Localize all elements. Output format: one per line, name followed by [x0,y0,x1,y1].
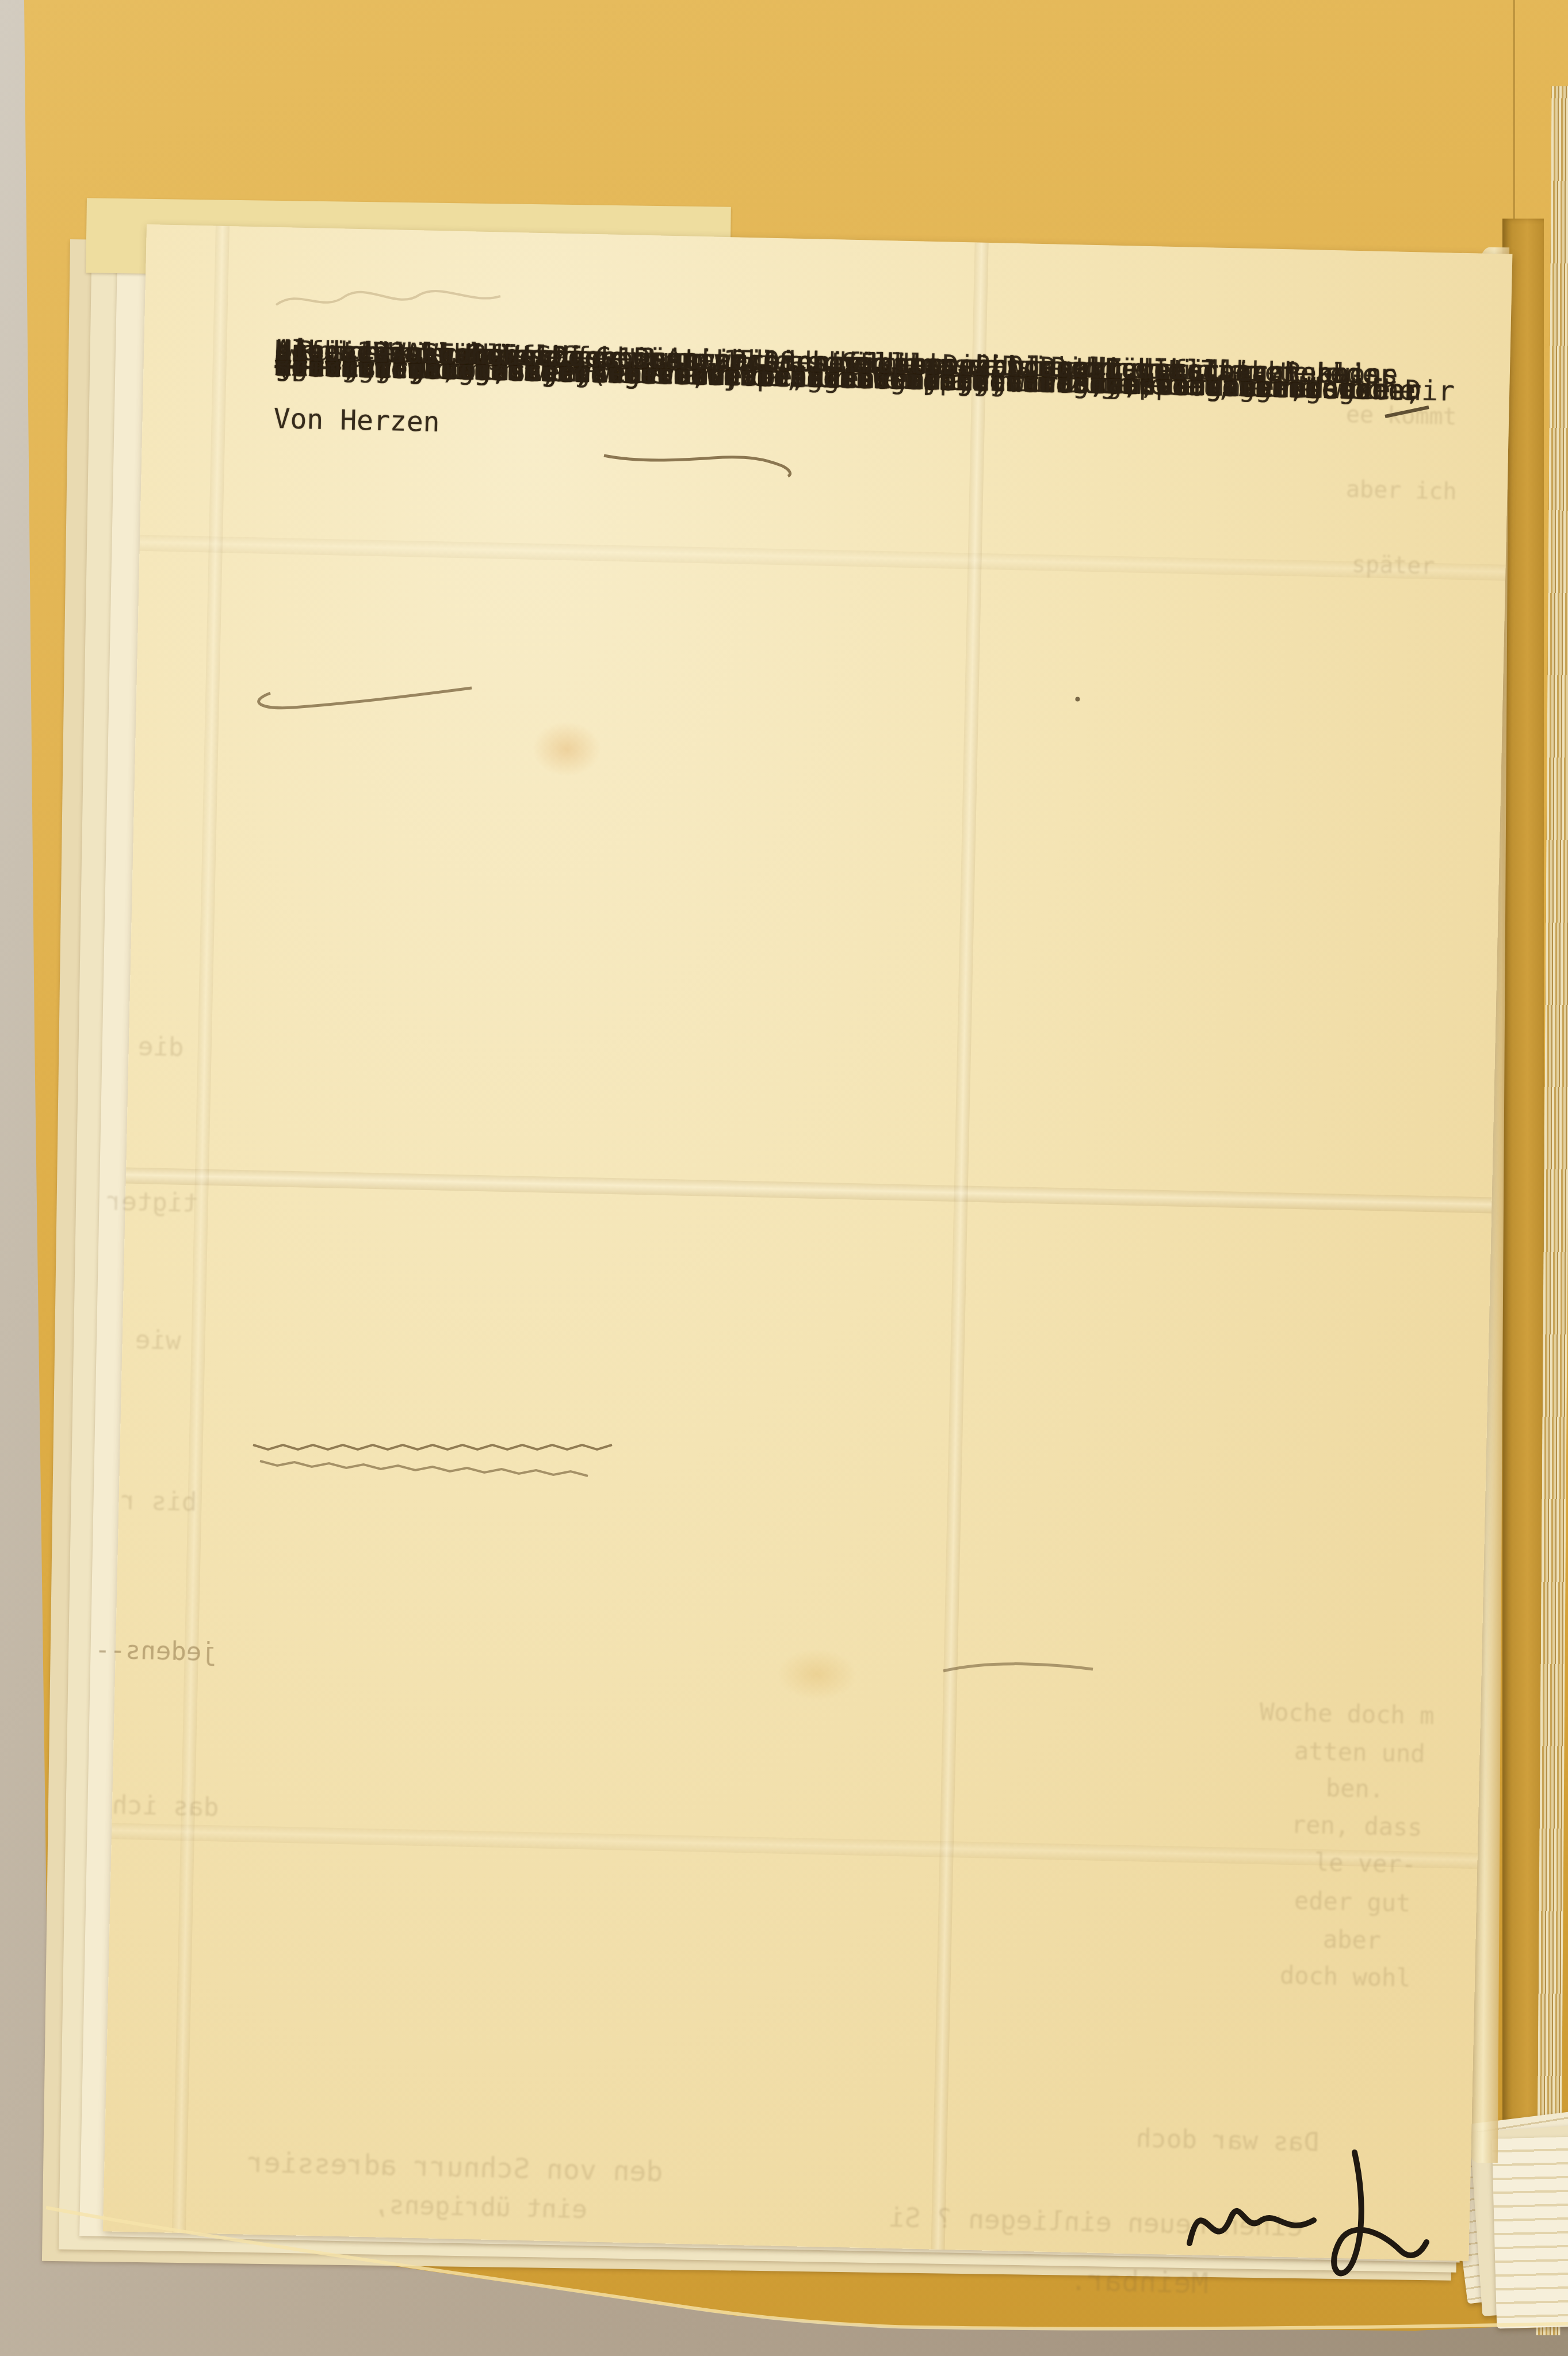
ghost-text-fragment: die [137,1032,184,1062]
ghost-text-fragment: bis r [120,1486,197,1517]
ghost-text-fragment: Das war doch [1135,2124,1319,2157]
ghost-text-fragment: später [1351,551,1435,579]
ghost-text-fragment: den von Schnurr adressier [247,2147,663,2188]
ghost-text-fragment: ren, dass [1291,1810,1422,1841]
ghost-text-fragment: wie [135,1325,181,1356]
ghost-text-fragment: das ich [112,1791,219,1822]
ghost-text-fragment: einen neuen einliegen ? Si [888,2202,1303,2242]
ghost-text-fragment: atten und [1294,1737,1425,1768]
ghost-text-fragment: aber ich [1346,476,1458,505]
ghost-text-fragment: eint übrigens, [373,2190,587,2224]
ghost-text-fragment: jedens-- [94,1635,217,1667]
ghost-text-fragment: le ver- [1314,1848,1416,1879]
bleed-through-text: den von Schnurr adressiereint übrigens,e… [0,0,1568,2356]
ghost-text-fragment: Meinbar. [1069,2263,1208,2300]
ghost-text-fragment: ee kommt [1346,401,1458,430]
photo-of-letter: Vorhin war Waismann da, und er hat mir z… [0,0,1568,2356]
ghost-text-fragment: doch wohl [1279,1961,1411,1992]
ghost-text-fragment: aber [1322,1925,1381,1955]
ghost-text-fragment: tigter [106,1187,198,1218]
ghost-text-fragment: ben. [1325,1774,1384,1803]
ghost-text-fragment: Woche doch m [1259,1698,1434,1730]
ghost-text-fragment: eder gut [1294,1887,1410,1918]
